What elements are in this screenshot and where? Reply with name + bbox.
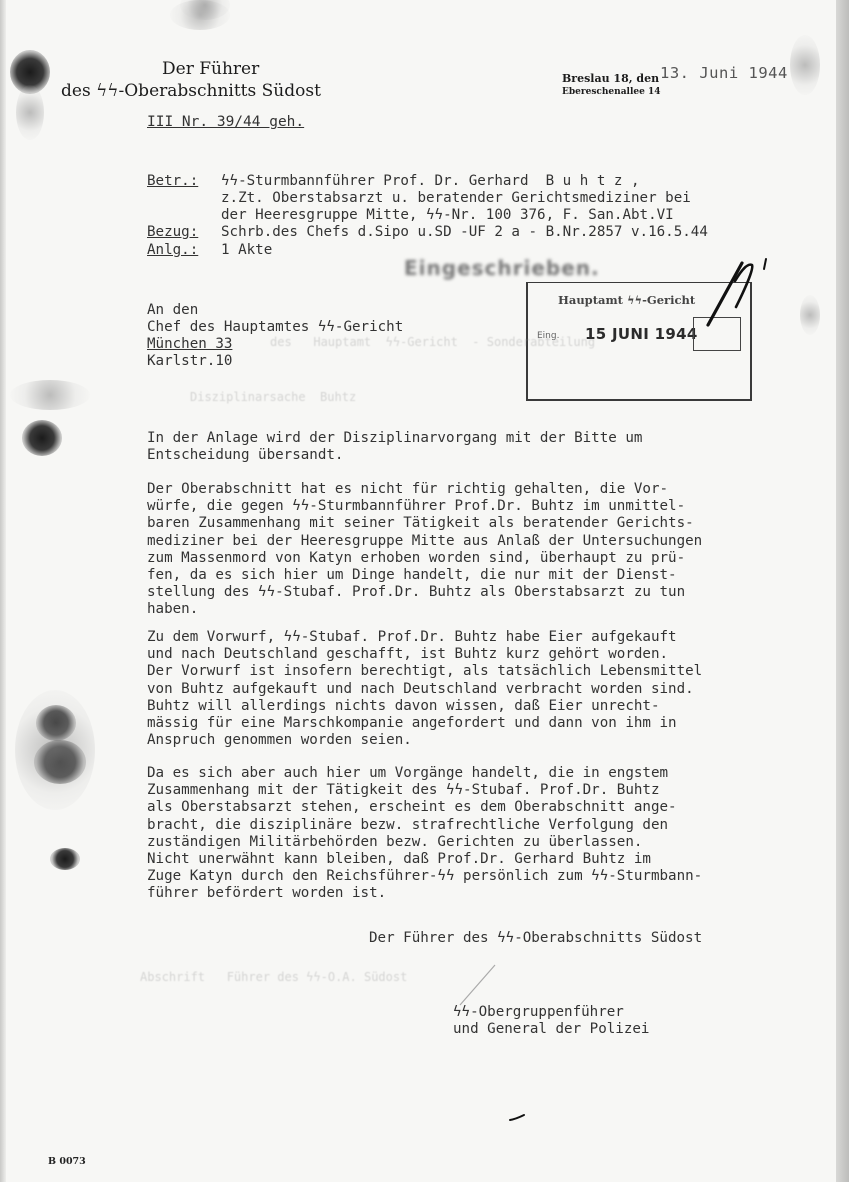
archive-code: B 0073 bbox=[48, 1156, 86, 1167]
body-line: Zusammenhang mit der Tätigkeit des ϟϟ-St… bbox=[147, 782, 660, 799]
betr-label: Betr.: bbox=[147, 173, 198, 190]
body-line: Buhtz will allerdings nichts davon wisse… bbox=[147, 698, 660, 715]
registered-stamp: Eingeschrieben. bbox=[404, 256, 600, 280]
letterhead-office: des ϟϟ-Oberabschnitts Südost bbox=[61, 80, 321, 102]
margin-stain bbox=[22, 420, 62, 456]
place-label: Breslau 18, den bbox=[562, 72, 659, 85]
signature-rank: ϟϟ-Obergruppenführer bbox=[453, 1004, 624, 1021]
signature-stroke-icon bbox=[455, 960, 515, 1010]
bleed-through-text: des Hauptamt ϟϟ-Gericht - Sonderabteilun… bbox=[270, 335, 595, 349]
margin-smudge bbox=[10, 380, 90, 410]
body-line: zum Massenmord von Katyn erhoben worden … bbox=[147, 550, 685, 567]
margin-stain bbox=[50, 848, 80, 870]
stamp-title: Hauptamt ϟϟ-Gericht bbox=[558, 293, 695, 307]
body-line: Zuge Katyn durch den Reichsführer-ϟϟ per… bbox=[147, 868, 702, 885]
body-line: mediziner bei der Heeresgruppe Mitte aus… bbox=[147, 533, 702, 550]
body-line: Der Vorwurf ist insofern berechtigt, als… bbox=[147, 663, 702, 680]
anlg-text: 1 Akte bbox=[221, 242, 272, 259]
body-line: zuständigen Militärbehörden bezw. Gerich… bbox=[147, 834, 642, 851]
letter-date: 13. Juni 1944 bbox=[660, 64, 788, 82]
bezug-label: Bezug: bbox=[147, 224, 198, 241]
bezug-text: Schrb.des Chefs d.Sipo u.SD -UF 2 a - B.… bbox=[221, 224, 708, 241]
body-line: haben. bbox=[147, 601, 198, 618]
recipient-line: An den bbox=[147, 302, 198, 319]
reference-number: III Nr. 39/44 geh. bbox=[147, 114, 304, 131]
document-page: Der Führer des ϟϟ-Oberabschnitts Südost … bbox=[0, 0, 836, 1182]
stamp-date: 15 JUNI 1944 bbox=[585, 325, 698, 343]
body-line: als Oberstabsarzt stehen, erscheint es d… bbox=[147, 799, 677, 816]
signature-rank: und General der Polizei bbox=[453, 1021, 649, 1038]
body-line: würfe, die gegen ϟϟ-Sturmbannführer Prof… bbox=[147, 498, 685, 515]
body-line: Zu dem Vorwurf, ϟϟ-Stubaf. Prof.Dr. Buht… bbox=[147, 629, 677, 646]
letterhead-title: Der Führer bbox=[162, 58, 259, 80]
body-line: Da es sich aber auch hier um Vorgänge ha… bbox=[147, 765, 668, 782]
anlg-label: Anlg.: bbox=[147, 242, 198, 259]
signature-office: Der Führer des ϟϟ-Oberabschnitts Südost bbox=[369, 930, 702, 947]
body-line: fen, da es sich hier um Dinge handelt, d… bbox=[147, 567, 677, 584]
recipient-city: München 33 bbox=[147, 336, 232, 353]
street-address: Ebereschenallee 14 bbox=[562, 87, 661, 97]
body-line: baren Zusammenhang mit seiner Tätigkeit … bbox=[147, 515, 694, 532]
page-right-edge bbox=[836, 0, 849, 1182]
betr-line: ϟϟ-Sturmbannführer Prof. Dr. Gerhard B u… bbox=[221, 173, 640, 190]
body-line: Anspruch genommen worden seien. bbox=[147, 732, 412, 749]
margin-smudge bbox=[16, 85, 44, 140]
body-line: von Buhtz aufgekauft und nach Deutschlan… bbox=[147, 681, 694, 698]
bleed-through-text: Disziplinarsache Buhtz bbox=[190, 390, 356, 404]
handwritten-mark-icon bbox=[700, 255, 810, 335]
bleed-through-text: Abschrift Führer des ϟϟ-O.A. Südost bbox=[140, 970, 407, 984]
body-line: mässig für eine Marschkompanie angeforde… bbox=[147, 715, 677, 732]
recipient-street: Karlstr.10 bbox=[147, 353, 232, 370]
body-line: Entscheidung übersandt. bbox=[147, 447, 343, 464]
corner-smudge bbox=[790, 35, 820, 95]
betr-line: z.Zt. Oberstabsarzt u. beratender Gerich… bbox=[221, 190, 691, 207]
margin-smudge bbox=[15, 690, 95, 810]
body-line: In der Anlage wird der Disziplinarvorgan… bbox=[147, 430, 642, 447]
body-line: führer befördert worden ist. bbox=[147, 885, 386, 902]
pen-mark-icon bbox=[508, 1112, 528, 1124]
betr-line: der Heeresgruppe Mitte, ϟϟ-Nr. 100 376, … bbox=[221, 207, 674, 224]
body-line: Der Oberabschnitt hat es nicht für richt… bbox=[147, 481, 668, 498]
body-line: Nicht unerwähnt kann bleiben, daß Prof.D… bbox=[147, 851, 651, 868]
recipient-line: Chef des Hauptamtes ϟϟ-Gericht bbox=[147, 319, 403, 336]
page-left-edge bbox=[0, 0, 6, 1182]
body-line: bracht, die disziplinäre bezw. strafrech… bbox=[147, 817, 668, 834]
body-line: und nach Deutschland geschafft, ist Buht… bbox=[147, 646, 668, 663]
body-line: stellung des ϟϟ-Stubaf. Prof.Dr. Buhtz a… bbox=[147, 584, 685, 601]
